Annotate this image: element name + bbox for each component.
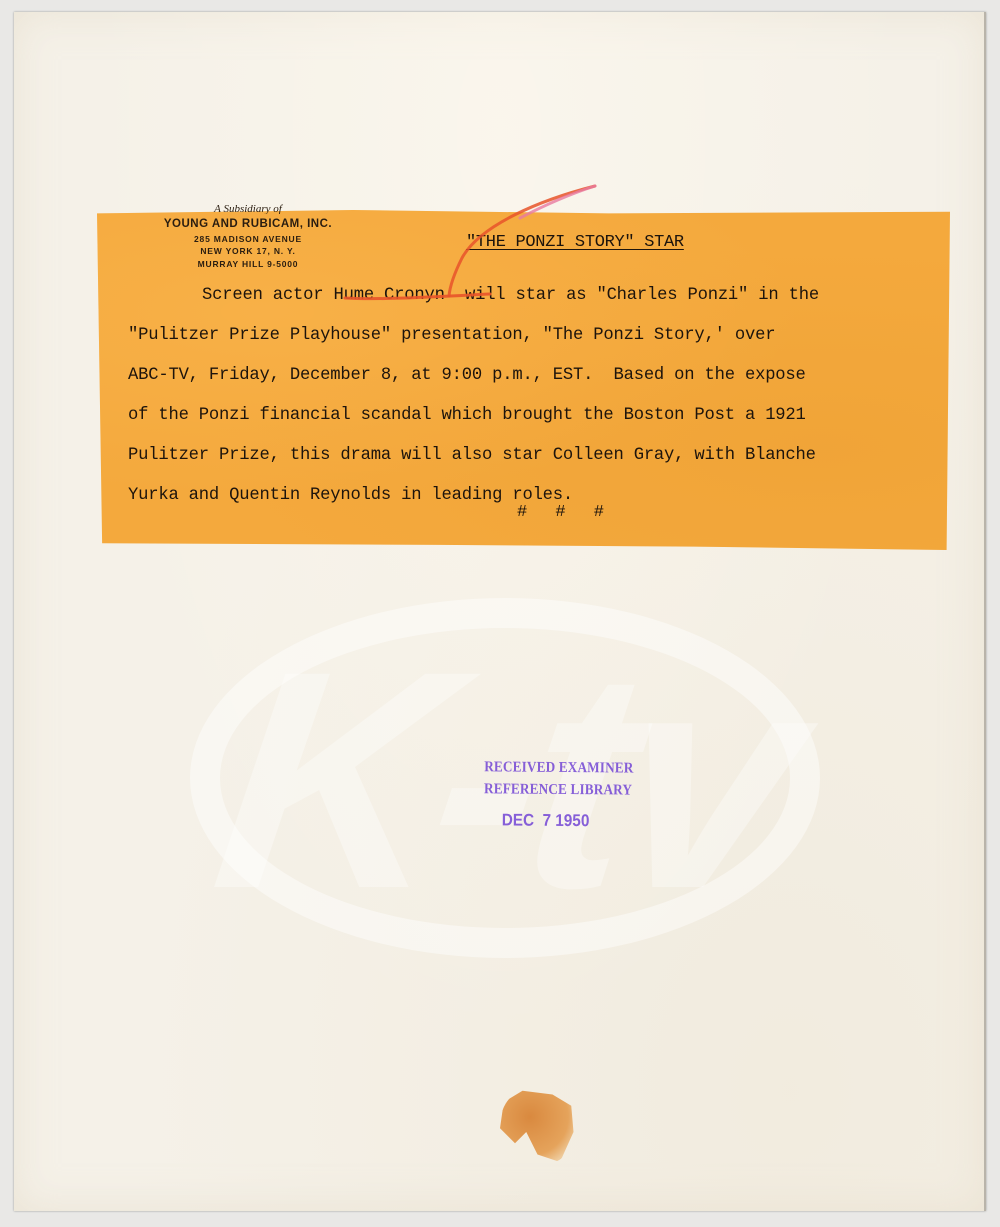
agency-subsidiary-line: A Subsidiary of <box>128 204 368 214</box>
agency-phone: MURRAY HILL 9-5000 <box>128 260 368 269</box>
agency-letterhead: A Subsidiary of YOUNG AND RUBICAM, INC. … <box>128 204 368 272</box>
caption-line: ABC-TV, Friday, December 8, at 9:00 p.m.… <box>128 356 948 396</box>
agency-name: YOUNG AND RUBICAM, INC. <box>128 219 368 231</box>
caption-body: Screen actor Hume Cronyn will star as "C… <box>128 276 948 516</box>
stamp-line-library: REFERENCE LIBRARY <box>484 778 633 801</box>
caption-line: Pulitzer Prize, this drama will also sta… <box>128 436 948 476</box>
caption-line: "Pulitzer Prize Playhouse" presentation,… <box>128 316 948 356</box>
stamp-line-received: RECEIVED EXAMINER <box>484 756 633 779</box>
caption-headline: "THE PONZI STORY" STAR <box>466 233 684 252</box>
caption-line: Screen actor Hume Cronyn will star as "C… <box>128 276 948 316</box>
caption-end-mark: # # # <box>517 503 613 522</box>
library-received-stamp: RECEIVED EXAMINER REFERENCE LIBRARY DEC … <box>484 756 654 831</box>
caption-line: of the Ponzi financial scandal which bro… <box>128 396 948 436</box>
agency-address-street: 285 MADISON AVENUE <box>128 235 368 244</box>
stamp-date: DEC 7 1950 <box>502 810 639 831</box>
agency-address-city: NEW YORK 17, N. Y. <box>128 247 368 256</box>
